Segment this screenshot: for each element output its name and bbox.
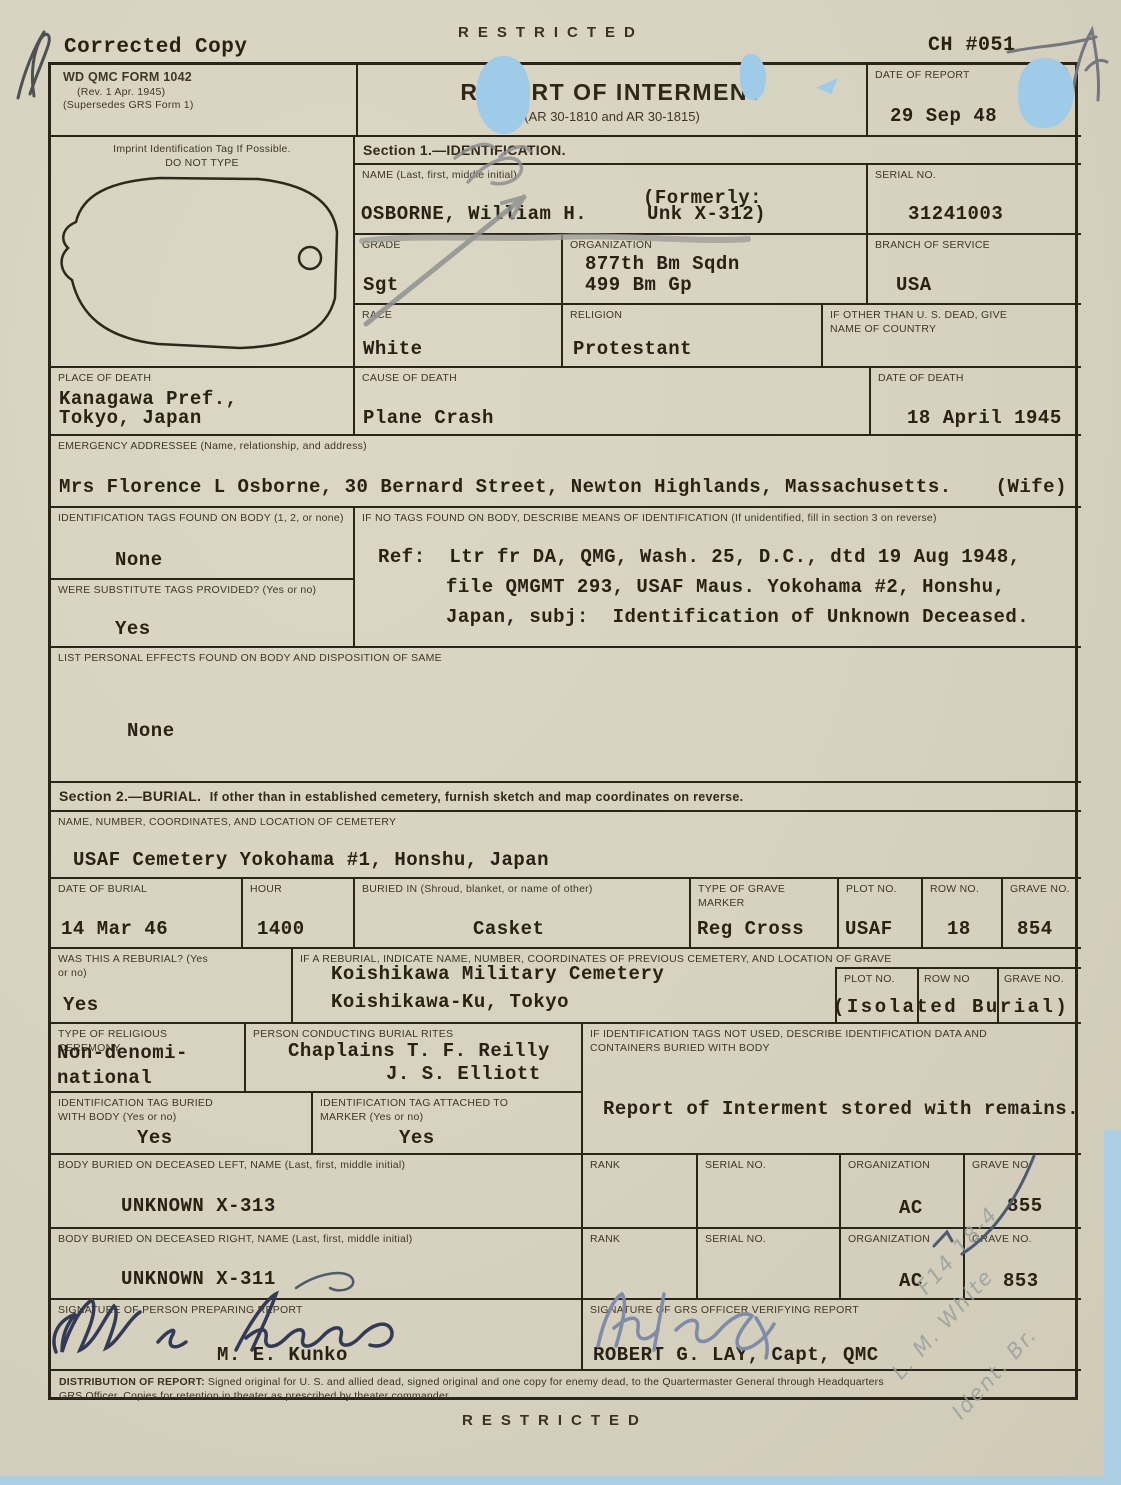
tag-with-body-value: Yes [137,1127,173,1149]
cell-tag-with-body: IDENTIFICATION TAG BURIED WITH BODY (Yes… [51,1093,313,1155]
cell-burial-rites: PERSON CONDUCTING BURIAL RITES Chaplains… [246,1024,583,1093]
tags-not-used-label: IF IDENTIFICATION TAGS NOT USED, DESCRIB… [583,1024,1027,1059]
cell-grave-no: GRAVE NO. 854 [1003,879,1081,949]
form-number: WD QMC FORM 1042 [63,70,192,84]
cell-emergency-addressee: EMERGENCY ADDRESSEE (Name, relationship,… [51,436,1081,508]
body-right-rank-label: RANK [583,1229,696,1251]
backdrop-right-edge [1104,1130,1121,1485]
no-tags-label: IF NO TAGS FOUND ON BODY, DESCRIBE MEANS… [355,508,1081,530]
previous-cemetery-line1: Koishikawa Military Cemetery [331,963,664,985]
cell-branch-of-service: BRANCH OF SERVICE USA [868,235,1081,305]
reburial-value: Yes [63,994,99,1016]
section2-heading-rest: If other than in established cemetery, f… [210,790,744,804]
cell-buried-in: BURIED IN (Shroud, blanket, or name of o… [355,879,691,949]
cell-body-right-serial: SERIAL NO. [698,1229,841,1300]
organization-value-line2: 499 Bm Gp [585,274,692,296]
no-tags-value-line1: Ref: Ltr fr DA, QMG, Wash. 25, D.C., dtd… [378,546,1021,568]
place-of-death-line2: Tokyo, Japan [59,407,202,429]
emergency-addressee-label: EMERGENCY ADDRESSEE (Name, relationship,… [51,436,1081,458]
previous-plot-label: PLOT NO. [837,969,902,991]
personal-effects-label: LIST PERSONAL EFFECTS FOUND ON BODY AND … [51,648,1081,670]
grade-value: Sgt [363,274,399,296]
form-supersedes: (Supersedes GRS Form 1) [63,99,194,111]
cell-row-no: ROW NO. 18 [923,879,1003,949]
cell-body-left-org: ORGANIZATION AC [841,1155,965,1229]
plot-no-value: USAF [845,918,893,940]
religion-label: RELIGION [563,305,821,327]
buried-in-label: BURIED IN (Shroud, blanket, or name of o… [355,879,689,901]
form-revision: (Rev. 1 Apr. 1945) [63,86,165,98]
religion-value: Protestant [573,338,692,360]
burial-rites-line2: J. S. Elliott [386,1063,541,1085]
cell-religious-ceremony: TYPE OF RELIGIOUS CEREMONY Non-denomi- n… [51,1024,246,1093]
date-of-death-label: DATE OF DEATH [871,368,1081,390]
ceremony-value-line1: Non-denomi- [57,1042,188,1064]
ch-number: CH #051 [928,34,1016,57]
cell-race: RACE White [355,305,563,368]
cell-body-left-name: BODY BURIED ON DECEASED LEFT, NAME (Last… [51,1155,583,1229]
cell-organization: ORGANIZATION 877th Bm Sqdn 499 Bm Gp [563,235,868,305]
body-right-label: BODY BURIED ON DECEASED RIGHT, NAME (Las… [51,1229,581,1251]
signature-preparer-typed-name: M. E. Kunko [217,1344,348,1366]
grave-no-label: GRAVE NO. [1003,879,1081,901]
previous-cemetery-line2: Koishikawa-Ku, Tokyo [331,991,569,1013]
backdrop-bottom-edge [0,1476,1121,1485]
row-no-value: 18 [947,918,971,940]
scanned-document-page: { "colors": { "paper": "#d7d2c0", "backd… [0,0,1121,1485]
cell-tags-found: IDENTIFICATION TAGS FOUND ON BODY (1, 2,… [51,508,355,580]
tags-found-label: IDENTIFICATION TAGS FOUND ON BODY (1, 2,… [51,508,353,530]
distribution-line1: Signed original for U. S. and allied dea… [208,1376,884,1388]
no-tags-value-line3: Japan, subj: Identification of Unknown D… [446,606,1029,628]
tag-on-marker-label: IDENTIFICATION TAG ATTACHED TO MARKER (Y… [313,1093,517,1128]
distribution-label: DISTRIBUTION OF REPORT: [59,1376,205,1388]
cell-distribution: DISTRIBUTION OF REPORT: Signed original … [51,1371,1081,1403]
reburial-label: WAS THIS A REBURIAL? (Yes or no) [51,949,215,984]
tags-not-used-value: Report of Interment stored with remains. [603,1098,1079,1120]
place-of-death-label: PLACE OF DEATH [51,368,353,390]
body-right-serial-label: SERIAL NO. [698,1229,839,1251]
race-value: White [363,338,423,360]
tag-with-body-label: IDENTIFICATION TAG BURIED WITH BODY (Yes… [51,1093,245,1128]
date-of-burial-label: DATE OF BURIAL [51,879,241,901]
signature-preparer-label: SIGNATURE OF PERSON PREPARING REPORT [51,1300,581,1322]
hour-label: HOUR [243,879,353,901]
blue-tape-spot [476,56,530,134]
emergency-addressee-value: Mrs Florence L Osborne, 30 Bernard Stree… [59,476,952,498]
blue-tape-spot [740,54,766,100]
organization-value-line1: 877th Bm Sqdn [585,253,740,275]
cell-date-of-burial: DATE OF BURIAL 14 Mar 46 [51,879,243,949]
paper-sheet: RESTRICTED Corrected Copy CH #051 WD QMC… [0,0,1121,1477]
body-right-grave-value: 853 [1003,1270,1039,1292]
cell-body-left-rank: RANK [583,1155,698,1229]
cell-title: REPORT OF INTERMENT (AR 30-1810 and AR 3… [358,65,868,137]
cell-other-country: IF OTHER THAN U. S. DEAD, GIVE NAME OF C… [823,305,1081,368]
serial-label: SERIAL NO. [868,165,1081,187]
previous-grave-location-box: PLOT NO. ROW NO GRAVE NO. (Isolated Buri… [835,967,1081,1024]
cell-section1-heading: Section 1.—IDENTIFICATION. [355,137,1081,165]
buried-in-value: Casket [473,918,544,940]
cell-id-tag-imprint: Imprint Identification Tag If Possible. … [51,137,355,368]
body-left-grave-value: 855 [1007,1195,1043,1217]
plot-no-label: PLOT NO. [839,879,921,901]
section2-heading-bold: Section 2.—BURIAL. [59,788,201,804]
cell-tags-not-used: IF IDENTIFICATION TAGS NOT USED, DESCRIB… [583,1024,1081,1155]
tags-found-value: None [115,549,163,571]
tag-instruction-line2: DO NOT TYPE [165,157,239,169]
hour-value: 1400 [257,918,305,940]
substitute-tags-value: Yes [115,618,151,640]
body-left-label: BODY BURIED ON DECEASED LEFT, NAME (Last… [51,1155,581,1177]
cell-form-number: WD QMC FORM 1042 (Rev. 1 Apr. 1945) (Sup… [51,65,358,137]
cell-body-right-name: BODY BURIED ON DECEASED RIGHT, NAME (Las… [51,1229,583,1300]
emergency-addressee-relationship: (Wife) [996,476,1067,498]
cell-grade: GRADE Sgt [355,235,563,305]
restricted-stamp-top: RESTRICTED [458,24,644,41]
cell-serial-no: SERIAL NO. 31241003 [868,165,1081,235]
no-tags-value-line2: file QMGMT 293, USAF Maus. Yokohama #2, … [446,576,1005,598]
previous-grave-label: GRAVE NO. [997,969,1071,991]
restricted-stamp-bottom: RESTRICTED [462,1412,648,1429]
other-country-label: IF OTHER THAN U. S. DEAD, GIVE NAME OF C… [823,305,1022,340]
cell-name: NAME (Last, first, middle initial) (Form… [355,165,868,235]
branch-value: USA [896,274,932,296]
cell-signature-preparer: SIGNATURE OF PERSON PREPARING REPORT M. … [51,1300,583,1371]
cell-reburial: WAS THIS A REBURIAL? (Yes or no) Yes [51,949,293,1024]
cemetery-value: USAF Cemetery Yokohama #1, Honshu, Japan [73,849,549,871]
cell-body-right-rank: RANK [583,1229,698,1300]
cause-of-death-label: CAUSE OF DEATH [355,368,869,390]
cell-cemetery: NAME, NUMBER, COORDINATES, AND LOCATION … [51,812,1081,879]
cemetery-label: NAME, NUMBER, COORDINATES, AND LOCATION … [51,812,1081,834]
name-formerly-line2: Unk X-312) [647,203,766,225]
tag-on-marker-value: Yes [399,1127,435,1149]
cause-of-death-value: Plane Crash [363,407,494,429]
body-left-org-value: AC [899,1197,923,1219]
cell-previous-cemetery: IF A REBURIAL, INDICATE NAME, NUMBER, CO… [293,949,1081,1024]
form-title-regulations: (AR 30-1810 and AR 30-1815) [358,109,866,124]
body-left-serial-label: SERIAL NO. [698,1155,839,1177]
substitute-tags-label: WERE SUBSTITUTE TAGS PROVIDED? (Yes or n… [51,580,353,602]
burial-rites-line1: Chaplains T. F. Reilly [288,1040,550,1062]
branch-label: BRANCH OF SERVICE [868,235,1081,257]
signature-verifier-label: SIGNATURE OF GRS OFFICER VERIFYING REPOR… [583,1300,1081,1322]
cell-hour: HOUR 1400 [243,879,355,949]
date-of-report-value: 29 Sep 48 [890,105,997,127]
pen-scribble-top-left [18,32,49,98]
body-left-name-value: UNKNOWN X-313 [121,1195,276,1217]
cell-no-tags-identification: IF NO TAGS FOUND ON BODY, DESCRIBE MEANS… [355,508,1081,648]
date-of-death-value: 18 April 1945 [907,407,1062,429]
previous-row-label: ROW NO [917,969,977,991]
cell-section2-heading: Section 2.—BURIAL. If other than in esta… [51,783,1081,812]
row-no-label: ROW NO. [923,879,1001,901]
race-label: RACE [355,305,561,327]
cell-cause-of-death: CAUSE OF DEATH Plane Crash [355,368,871,436]
personal-effects-value: None [127,720,175,742]
body-left-rank-label: RANK [583,1155,696,1177]
previous-plot-value: (Isolated Burial) [833,996,1069,1018]
form-frame: WD QMC FORM 1042 (Rev. 1 Apr. 1945) (Sup… [48,62,1078,1400]
distribution-line2: GRS Officer. Copies for retention in the… [59,1390,451,1402]
cell-date-of-death: DATE OF DEATH 18 April 1945 [871,368,1081,436]
cell-grave-marker: TYPE OF GRAVE MARKER Reg Cross [691,879,839,949]
cell-personal-effects: LIST PERSONAL EFFECTS FOUND ON BODY AND … [51,648,1081,783]
cell-religion: RELIGION Protestant [563,305,823,368]
grave-marker-label: TYPE OF GRAVE MARKER [691,879,795,914]
cell-substitute-tags: WERE SUBSTITUTE TAGS PROVIDED? (Yes or n… [51,580,355,648]
grade-label: GRADE [355,235,561,257]
name-label: NAME (Last, first, middle initial) [355,165,866,187]
body-left-grave-label: GRAVE NO. [965,1155,1081,1177]
section1-heading: Section 1.—IDENTIFICATION. [355,137,1081,163]
ceremony-value-line2: national [57,1067,152,1089]
body-right-name-value: UNKNOWN X-311 [121,1268,276,1290]
body-left-org-label: ORGANIZATION [841,1155,963,1177]
corrected-copy-stamp: Corrected Copy [64,36,247,59]
cell-tag-on-marker: IDENTIFICATION TAG ATTACHED TO MARKER (Y… [313,1093,583,1155]
tag-instruction-line1: Imprint Identification Tag If Possible. [113,143,291,155]
grave-marker-value: Reg Cross [697,918,804,940]
grave-no-value: 854 [1017,918,1053,940]
date-of-burial-value: 14 Mar 46 [61,918,168,940]
cell-place-of-death: PLACE OF DEATH Kanagawa Pref., Tokyo, Ja… [51,368,355,436]
cell-body-left-serial: SERIAL NO. [698,1155,841,1229]
serial-value: 31241003 [908,203,1003,225]
name-value: OSBORNE, William H. [361,203,587,225]
cell-plot-no: PLOT NO. USAF [839,879,923,949]
form-title: REPORT OF INTERMENT [358,79,866,106]
signature-verifier-typed-name: ROBERT G. LAY, Capt, QMC [593,1344,879,1366]
